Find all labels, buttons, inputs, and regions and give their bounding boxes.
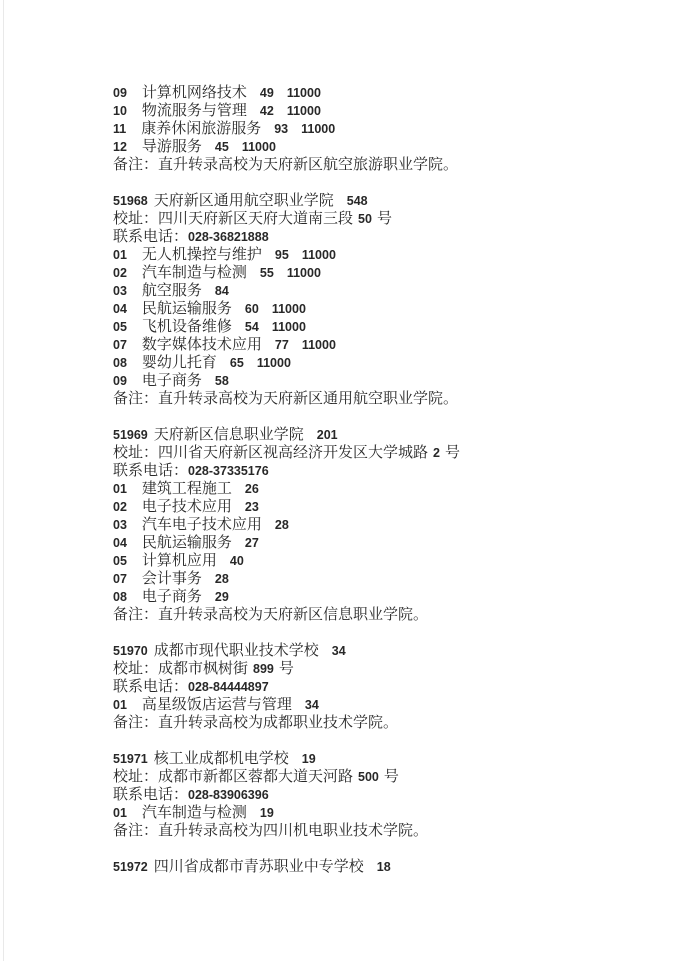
- program-count: 84: [215, 284, 229, 298]
- program-name: 康养休闲旅游服务: [141, 121, 261, 137]
- school-total: 34: [332, 644, 346, 658]
- program-count: 54: [245, 320, 259, 334]
- program-code: 02: [113, 266, 127, 280]
- program-count: 60: [245, 302, 259, 316]
- program-code: 04: [113, 302, 127, 316]
- program-row: 02汽车制造与检测5511000: [113, 264, 460, 282]
- address-number: 500: [358, 770, 379, 784]
- program-count: 28: [215, 572, 229, 586]
- address-suffix: 号: [384, 769, 399, 785]
- phone-label: 联系电话：: [113, 229, 188, 245]
- school-name: 天府新区通用航空职业学院: [154, 193, 334, 209]
- program-name: 飞机设备维修: [142, 319, 232, 335]
- program-row: 02电子技术应用23: [113, 498, 460, 516]
- program-count: 49: [260, 86, 274, 100]
- program-code: 02: [113, 500, 127, 514]
- school-phone: 联系电话：028-36821888: [113, 228, 460, 246]
- program-row: 09计算机网络技术4911000: [113, 84, 460, 102]
- address-label: 校址：: [113, 445, 158, 461]
- program-row: 07数字媒体技术应用7711000: [113, 336, 460, 354]
- program-name: 婴幼儿托育: [142, 355, 217, 371]
- address-number: 2: [433, 446, 440, 460]
- program-count: 45: [215, 140, 229, 154]
- program-count: 58: [215, 374, 229, 388]
- document-content: 09计算机网络技术4911000 10物流服务与管理4211000 11康养休闲…: [113, 84, 460, 876]
- school-address: 校址：成都市新都区蓉都大道天河路500号: [113, 768, 460, 786]
- program-row: 11康养休闲旅游服务9311000: [113, 120, 460, 138]
- school-address: 校址：成都市枫树街899号: [113, 660, 460, 678]
- program-count: 28: [275, 518, 289, 532]
- continued-program-list: 09计算机网络技术4911000 10物流服务与管理4211000 11康养休闲…: [113, 84, 460, 174]
- program-row: 05飞机设备维修5411000: [113, 318, 460, 336]
- program-fee: 11000: [287, 104, 321, 118]
- program-code: 01: [113, 248, 127, 262]
- phone-label: 联系电话：: [113, 463, 188, 479]
- program-fee: 11000: [287, 266, 321, 280]
- school-total: 201: [317, 428, 338, 442]
- program-fee: 11000: [272, 302, 306, 316]
- program-count: 27: [245, 536, 259, 550]
- school-heading: 51972四川省成都市青苏职业中专学校18: [113, 858, 460, 876]
- phone-label: 联系电话：: [113, 679, 188, 695]
- program-row: 08婴幼儿托育6511000: [113, 354, 460, 372]
- program-count: 93: [274, 122, 288, 136]
- address-street: 四川天府新区天府大道南三段: [158, 211, 353, 227]
- program-fee: 11000: [302, 248, 336, 262]
- program-code: 01: [113, 482, 127, 496]
- program-code: 01: [113, 806, 127, 820]
- program-fee: 11000: [301, 122, 335, 136]
- address-label: 校址：: [113, 211, 158, 227]
- program-code: 09: [113, 86, 127, 100]
- school-note: 备注：直升转录高校为四川机电职业技术学院。: [113, 822, 460, 840]
- program-row: 12导游服务4511000: [113, 138, 460, 156]
- program-name: 民航运输服务: [142, 535, 232, 551]
- program-name: 电子商务: [142, 589, 202, 605]
- address-number: 899: [253, 662, 274, 676]
- program-count: 65: [230, 356, 244, 370]
- school-name: 四川省成都市青苏职业中专学校: [154, 859, 364, 875]
- program-count: 95: [275, 248, 289, 262]
- school-total: 548: [347, 194, 368, 208]
- phone-label: 联系电话：: [113, 787, 188, 803]
- program-name: 建筑工程施工: [142, 481, 232, 497]
- program-count: 40: [230, 554, 244, 568]
- school-heading: 51970成都市现代职业技术学校34: [113, 642, 460, 660]
- program-count: 42: [260, 104, 274, 118]
- school-code: 51968: [113, 194, 148, 208]
- school-heading: 51971核工业成都机电学校19: [113, 750, 460, 768]
- school-section: 51969天府新区信息职业学院201 校址：四川省天府新区视高经济开发区大学城路…: [113, 426, 460, 624]
- school-section: 51968天府新区通用航空职业学院548 校址：四川天府新区天府大道南三段50号…: [113, 192, 460, 408]
- program-name: 导游服务: [142, 139, 202, 155]
- program-name: 物流服务与管理: [142, 103, 247, 119]
- program-row: 01建筑工程施工26: [113, 480, 460, 498]
- program-count: 34: [305, 698, 319, 712]
- school-heading: 51969天府新区信息职业学院201: [113, 426, 460, 444]
- program-row: 01高星级饭店运营与管理34: [113, 696, 460, 714]
- program-row: 10物流服务与管理4211000: [113, 102, 460, 120]
- phone-number: 028-84444897: [188, 680, 269, 694]
- program-code: 01: [113, 698, 127, 712]
- school-section: 51972四川省成都市青苏职业中专学校18: [113, 858, 460, 876]
- program-name: 计算机应用: [142, 553, 217, 569]
- program-fee: 11000: [287, 86, 321, 100]
- school-address: 校址：四川省天府新区视高经济开发区大学城路2号: [113, 444, 460, 462]
- school-total: 18: [377, 860, 391, 874]
- school-code: 51972: [113, 860, 148, 874]
- address-street: 四川省天府新区视高经济开发区大学城路: [158, 445, 428, 461]
- program-row: 09电子商务58: [113, 372, 460, 390]
- program-count: 55: [260, 266, 274, 280]
- school-note: 备注：直升转录高校为天府新区航空旅游职业学院。: [113, 156, 460, 174]
- program-count: 77: [275, 338, 289, 352]
- school-name: 天府新区信息职业学院: [154, 427, 304, 443]
- school-code: 51969: [113, 428, 148, 442]
- address-suffix: 号: [445, 445, 460, 461]
- program-row: 01无人机操控与维护9511000: [113, 246, 460, 264]
- school-note: 备注：直升转录高校为成都职业技术学院。: [113, 714, 460, 732]
- address-suffix: 号: [377, 211, 392, 227]
- address-number: 50: [358, 212, 372, 226]
- program-name: 高星级饭店运营与管理: [142, 697, 292, 713]
- program-row: 03航空服务84: [113, 282, 460, 300]
- address-street: 成都市枫树街: [158, 661, 248, 677]
- program-code: 08: [113, 356, 127, 370]
- program-code: 10: [113, 104, 127, 118]
- phone-number: 028-37335176: [188, 464, 269, 478]
- program-code: 07: [113, 572, 127, 586]
- program-code: 11: [113, 122, 126, 136]
- address-street: 成都市新都区蓉都大道天河路: [158, 769, 353, 785]
- program-name: 民航运输服务: [142, 301, 232, 317]
- program-row: 05计算机应用40: [113, 552, 460, 570]
- phone-number: 028-83906396: [188, 788, 269, 802]
- school-phone: 联系电话：028-37335176: [113, 462, 460, 480]
- program-code: 12: [113, 140, 127, 154]
- school-section: 51970成都市现代职业技术学校34 校址：成都市枫树街899号 联系电话：02…: [113, 642, 460, 732]
- school-phone: 联系电话：028-83906396: [113, 786, 460, 804]
- school-section: 51971核工业成都机电学校19 校址：成都市新都区蓉都大道天河路500号 联系…: [113, 750, 460, 840]
- address-suffix: 号: [279, 661, 294, 677]
- school-note: 备注：直升转录高校为天府新区通用航空职业学院。: [113, 390, 460, 408]
- school-phone: 联系电话：028-84444897: [113, 678, 460, 696]
- program-code: 05: [113, 320, 127, 334]
- program-fee: 11000: [242, 140, 276, 154]
- program-code: 03: [113, 518, 127, 532]
- program-name: 会计事务: [142, 571, 202, 587]
- program-row: 03汽车电子技术应用28: [113, 516, 460, 534]
- program-count: 23: [245, 500, 259, 514]
- program-count: 26: [245, 482, 259, 496]
- school-name: 核工业成都机电学校: [154, 751, 289, 767]
- school-address: 校址：四川天府新区天府大道南三段50号: [113, 210, 460, 228]
- program-fee: 11000: [257, 356, 291, 370]
- program-row: 07会计事务28: [113, 570, 460, 588]
- school-heading: 51968天府新区通用航空职业学院548: [113, 192, 460, 210]
- school-note: 备注：直升转录高校为天府新区信息职业学院。: [113, 606, 460, 624]
- program-row: 08电子商务29: [113, 588, 460, 606]
- program-code: 09: [113, 374, 127, 388]
- program-row: 04民航运输服务27: [113, 534, 460, 552]
- program-row: 01汽车制造与检测19: [113, 804, 460, 822]
- program-code: 03: [113, 284, 127, 298]
- program-name: 数字媒体技术应用: [142, 337, 262, 353]
- school-code: 51970: [113, 644, 148, 658]
- program-name: 汽车制造与检测: [142, 805, 247, 821]
- program-fee: 11000: [272, 320, 306, 334]
- program-name: 航空服务: [142, 283, 202, 299]
- phone-number: 028-36821888: [188, 230, 269, 244]
- school-name: 成都市现代职业技术学校: [154, 643, 319, 659]
- program-code: 04: [113, 536, 127, 550]
- program-name: 汽车制造与检测: [142, 265, 247, 281]
- school-code: 51971: [113, 752, 148, 766]
- address-label: 校址：: [113, 661, 158, 677]
- school-total: 19: [302, 752, 316, 766]
- page-edge-line: [3, 0, 4, 961]
- address-label: 校址：: [113, 769, 158, 785]
- program-fee: 11000: [302, 338, 336, 352]
- program-name: 无人机操控与维护: [142, 247, 262, 263]
- program-name: 电子商务: [142, 373, 202, 389]
- program-name: 汽车电子技术应用: [142, 517, 262, 533]
- document-page: 09计算机网络技术4911000 10物流服务与管理4211000 11康养休闲…: [0, 0, 680, 961]
- program-count: 29: [215, 590, 229, 604]
- program-name: 电子技术应用: [142, 499, 232, 515]
- program-code: 05: [113, 554, 127, 568]
- program-code: 08: [113, 590, 127, 604]
- program-row: 04民航运输服务6011000: [113, 300, 460, 318]
- program-count: 19: [260, 806, 274, 820]
- program-name: 计算机网络技术: [142, 85, 247, 101]
- program-code: 07: [113, 338, 127, 352]
